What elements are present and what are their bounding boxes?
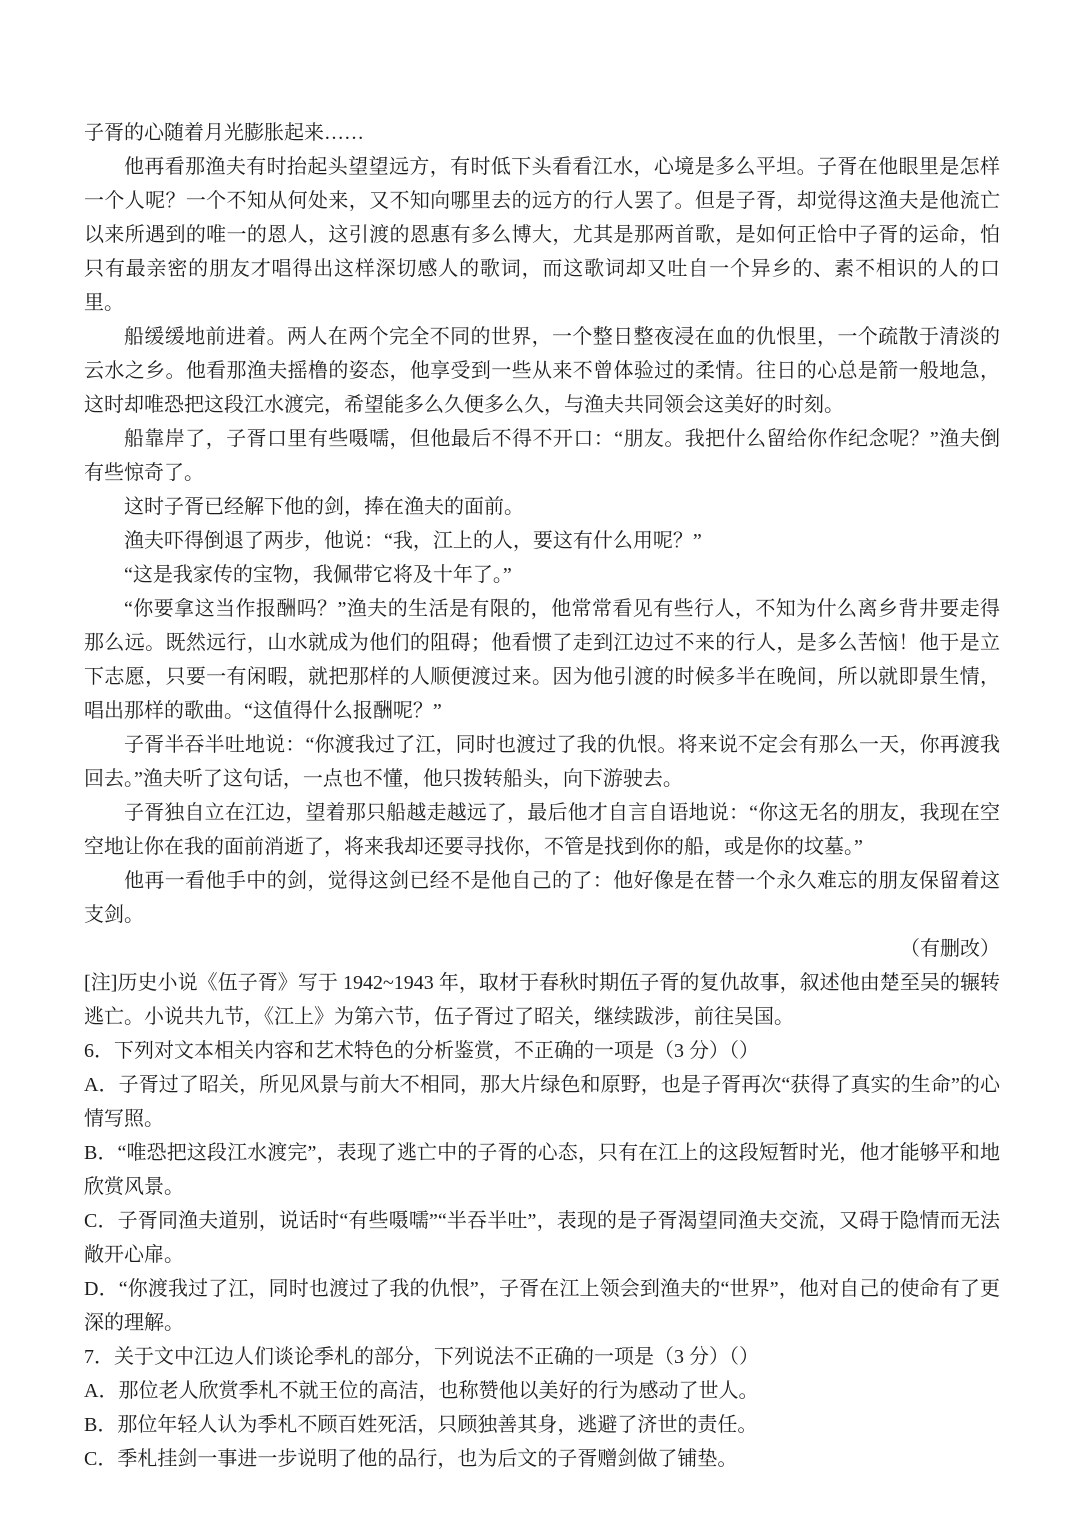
- passage-paragraph-7: “你要拿这当作报酬吗？”渔夫的生活是有限的，他常常看见有些行人，不知为什么离乡背…: [84, 592, 1000, 728]
- passage-paragraph-4: 这时子胥已经解下他的剑，捧在渔夫的面前。: [84, 490, 1000, 524]
- question-7-stem: 7．关于文中江边人们谈论季札的部分，下列说法不正确的一项是（3 分）（）: [84, 1340, 1000, 1374]
- question-7-option-a: A．那位老人欣赏季札不就王位的高洁，也称赞他以美好的行为感动了世人。: [84, 1374, 1000, 1408]
- passage-paragraph-3: 船靠岸了，子胥口里有些嗫嚅，但他最后不得不开口：“朋友。我把什么留给你作纪念呢？…: [84, 422, 1000, 490]
- question-6-option-c: C．子胥同渔夫道别，说话时“有些嗫嚅”“半吞半吐”，表现的是子胥渴望同渔夫交流，…: [84, 1204, 1000, 1272]
- passage-opening-line: 子胥的心随着月光膨胀起来……: [84, 116, 1000, 150]
- question-6-option-b: B．“唯恐把这段江水渡完”，表现了逃亡中的子胥的心态，只有在江上的这段短暂时光，…: [84, 1136, 1000, 1204]
- question-7-option-c: C．季札挂剑一事进一步说明了他的品行，也为后文的子胥赠剑做了铺垫。: [84, 1442, 1000, 1476]
- passage-section: 子胥的心随着月光膨胀起来…… 他再看那渔夫有时抬起头望望远方，有时低下头看看江水…: [84, 116, 1000, 1034]
- question-6-option-d: D．“你渡我过了江，同时也渡过了我的仇恨”，子胥在江上领会到渔夫的“世界”，他对…: [84, 1272, 1000, 1340]
- passage-paragraph-8: 子胥半吞半吐地说：“你渡我过了江，同时也渡过了我的仇恨。将来说不定会有那么一天，…: [84, 728, 1000, 796]
- passage-paragraph-10: 他再一看他手中的剑，觉得这剑已经不是他自己的了：他好像是在替一个永久难忘的朋友保…: [84, 864, 1000, 932]
- passage-paragraph-5: 渔夫吓得倒退了两步，他说：“我，江上的人，要这有什么用呢？”: [84, 524, 1000, 558]
- question-6-stem: 6．下列对文本相关内容和艺术特色的分析鉴赏，不正确的一项是（3 分）（）: [84, 1034, 1000, 1068]
- question-6-option-a: A．子胥过了昭关，所见风景与前大不相同，那大片绿色和原野，也是子胥再次“获得了真…: [84, 1068, 1000, 1136]
- passage-paragraph-9: 子胥独自立在江边，望着那只船越走越远了，最后他才自言自语地说：“你这无名的朋友，…: [84, 796, 1000, 864]
- passage-paragraph-2: 船缓缓地前进着。两人在两个完全不同的世界，一个整日整夜浸在血的仇恨里，一个疏散于…: [84, 320, 1000, 422]
- passage-paragraph-6: “这是我家传的宝物，我佩带它将及十年了。”: [84, 558, 1000, 592]
- questions-section: 6．下列对文本相关内容和艺术特色的分析鉴赏，不正确的一项是（3 分）（） A．子…: [84, 1034, 1000, 1476]
- passage-note: [注]历史小说《伍子胥》写于 1942~1943 年，取材于春秋时期伍子胥的复仇…: [84, 966, 1000, 1034]
- passage-attribution: （有删改）: [84, 932, 1000, 966]
- passage-paragraph-1: 他再看那渔夫有时抬起头望望远方，有时低下头看看江水，心境是多么平坦。子胥在他眼里…: [84, 150, 1000, 320]
- exam-page: 子胥的心随着月光膨胀起来…… 他再看那渔夫有时抬起头望望远方，有时低下头看看江水…: [0, 0, 1080, 1527]
- question-7-option-b: B．那位年轻人认为季札不顾百姓死活，只顾独善其身，逃避了济世的责任。: [84, 1408, 1000, 1442]
